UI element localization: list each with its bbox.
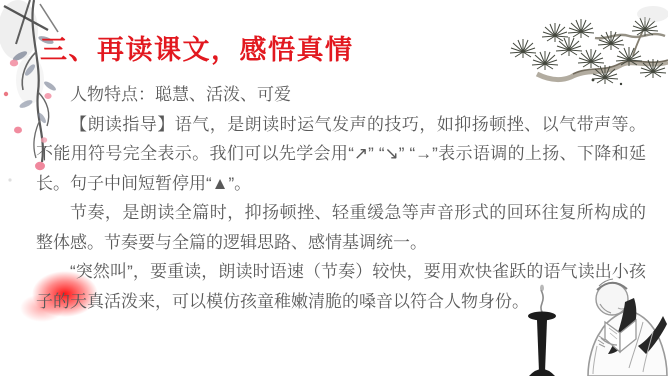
paragraph-rhythm: 节奏，是朗读全篇时，抑扬顿挫、轻重缓急等声音形式的回环往复所构成的整体感。节奏要… [36,198,646,257]
paragraph-turanjiao-reading: “突然叫”，要重读，朗读时语速（节奏）较快，要用欢快雀跃的语气读出小孩子的天真活… [36,257,646,316]
slide-title: 三、再读课文，感悟真情 [40,28,354,67]
slide: 三、再读课文，感悟真情 人物特点：聪慧、活泼、可爱 【朗读指导】语气，是朗读时运… [0,0,668,376]
body-text-block: 人物特点：聪慧、活泼、可爱 【朗读指导】语气，是朗读时运气发声的技巧，如抑扬顿挫… [36,80,646,316]
paragraph-character-traits: 人物特点：聪慧、活泼、可爱 [36,80,646,110]
paragraph-reading-guide-tone: 【朗读指导】语气，是朗读时运气发声的技巧，如抑扬顿挫、以气带声等。不能用符号完全… [36,110,646,199]
